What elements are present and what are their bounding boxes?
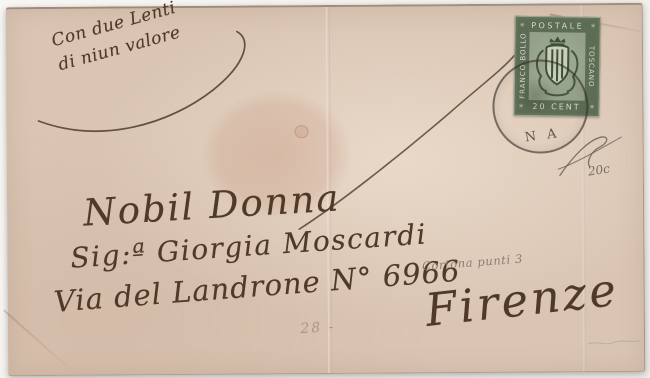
rosette-icon: ✳: [589, 104, 594, 111]
pencil-annotation-number: 28 -: [300, 319, 336, 337]
stamp-right-band: TOSCANO: [585, 33, 598, 101]
expert-signature-flourish: [556, 127, 636, 192]
faint-pencil-mark: [586, 335, 642, 349]
rosette-icon: ✳: [520, 22, 525, 29]
sender-note: Con due Lenti di niun valore: [49, 0, 185, 77]
stamp-top-band: ✳ POSTALE ✳: [518, 19, 598, 33]
rosette-icon: ✳: [591, 23, 596, 30]
letter-cover: Con due Lenti di niun valore ✳ POSTALE ✳…: [6, 3, 646, 376]
corner-crease-bottom-left: [3, 310, 78, 377]
small-stain-ring: [295, 125, 309, 138]
stamp-top-label: POSTALE: [531, 21, 584, 31]
expert-signature: 20c: [556, 127, 636, 192]
